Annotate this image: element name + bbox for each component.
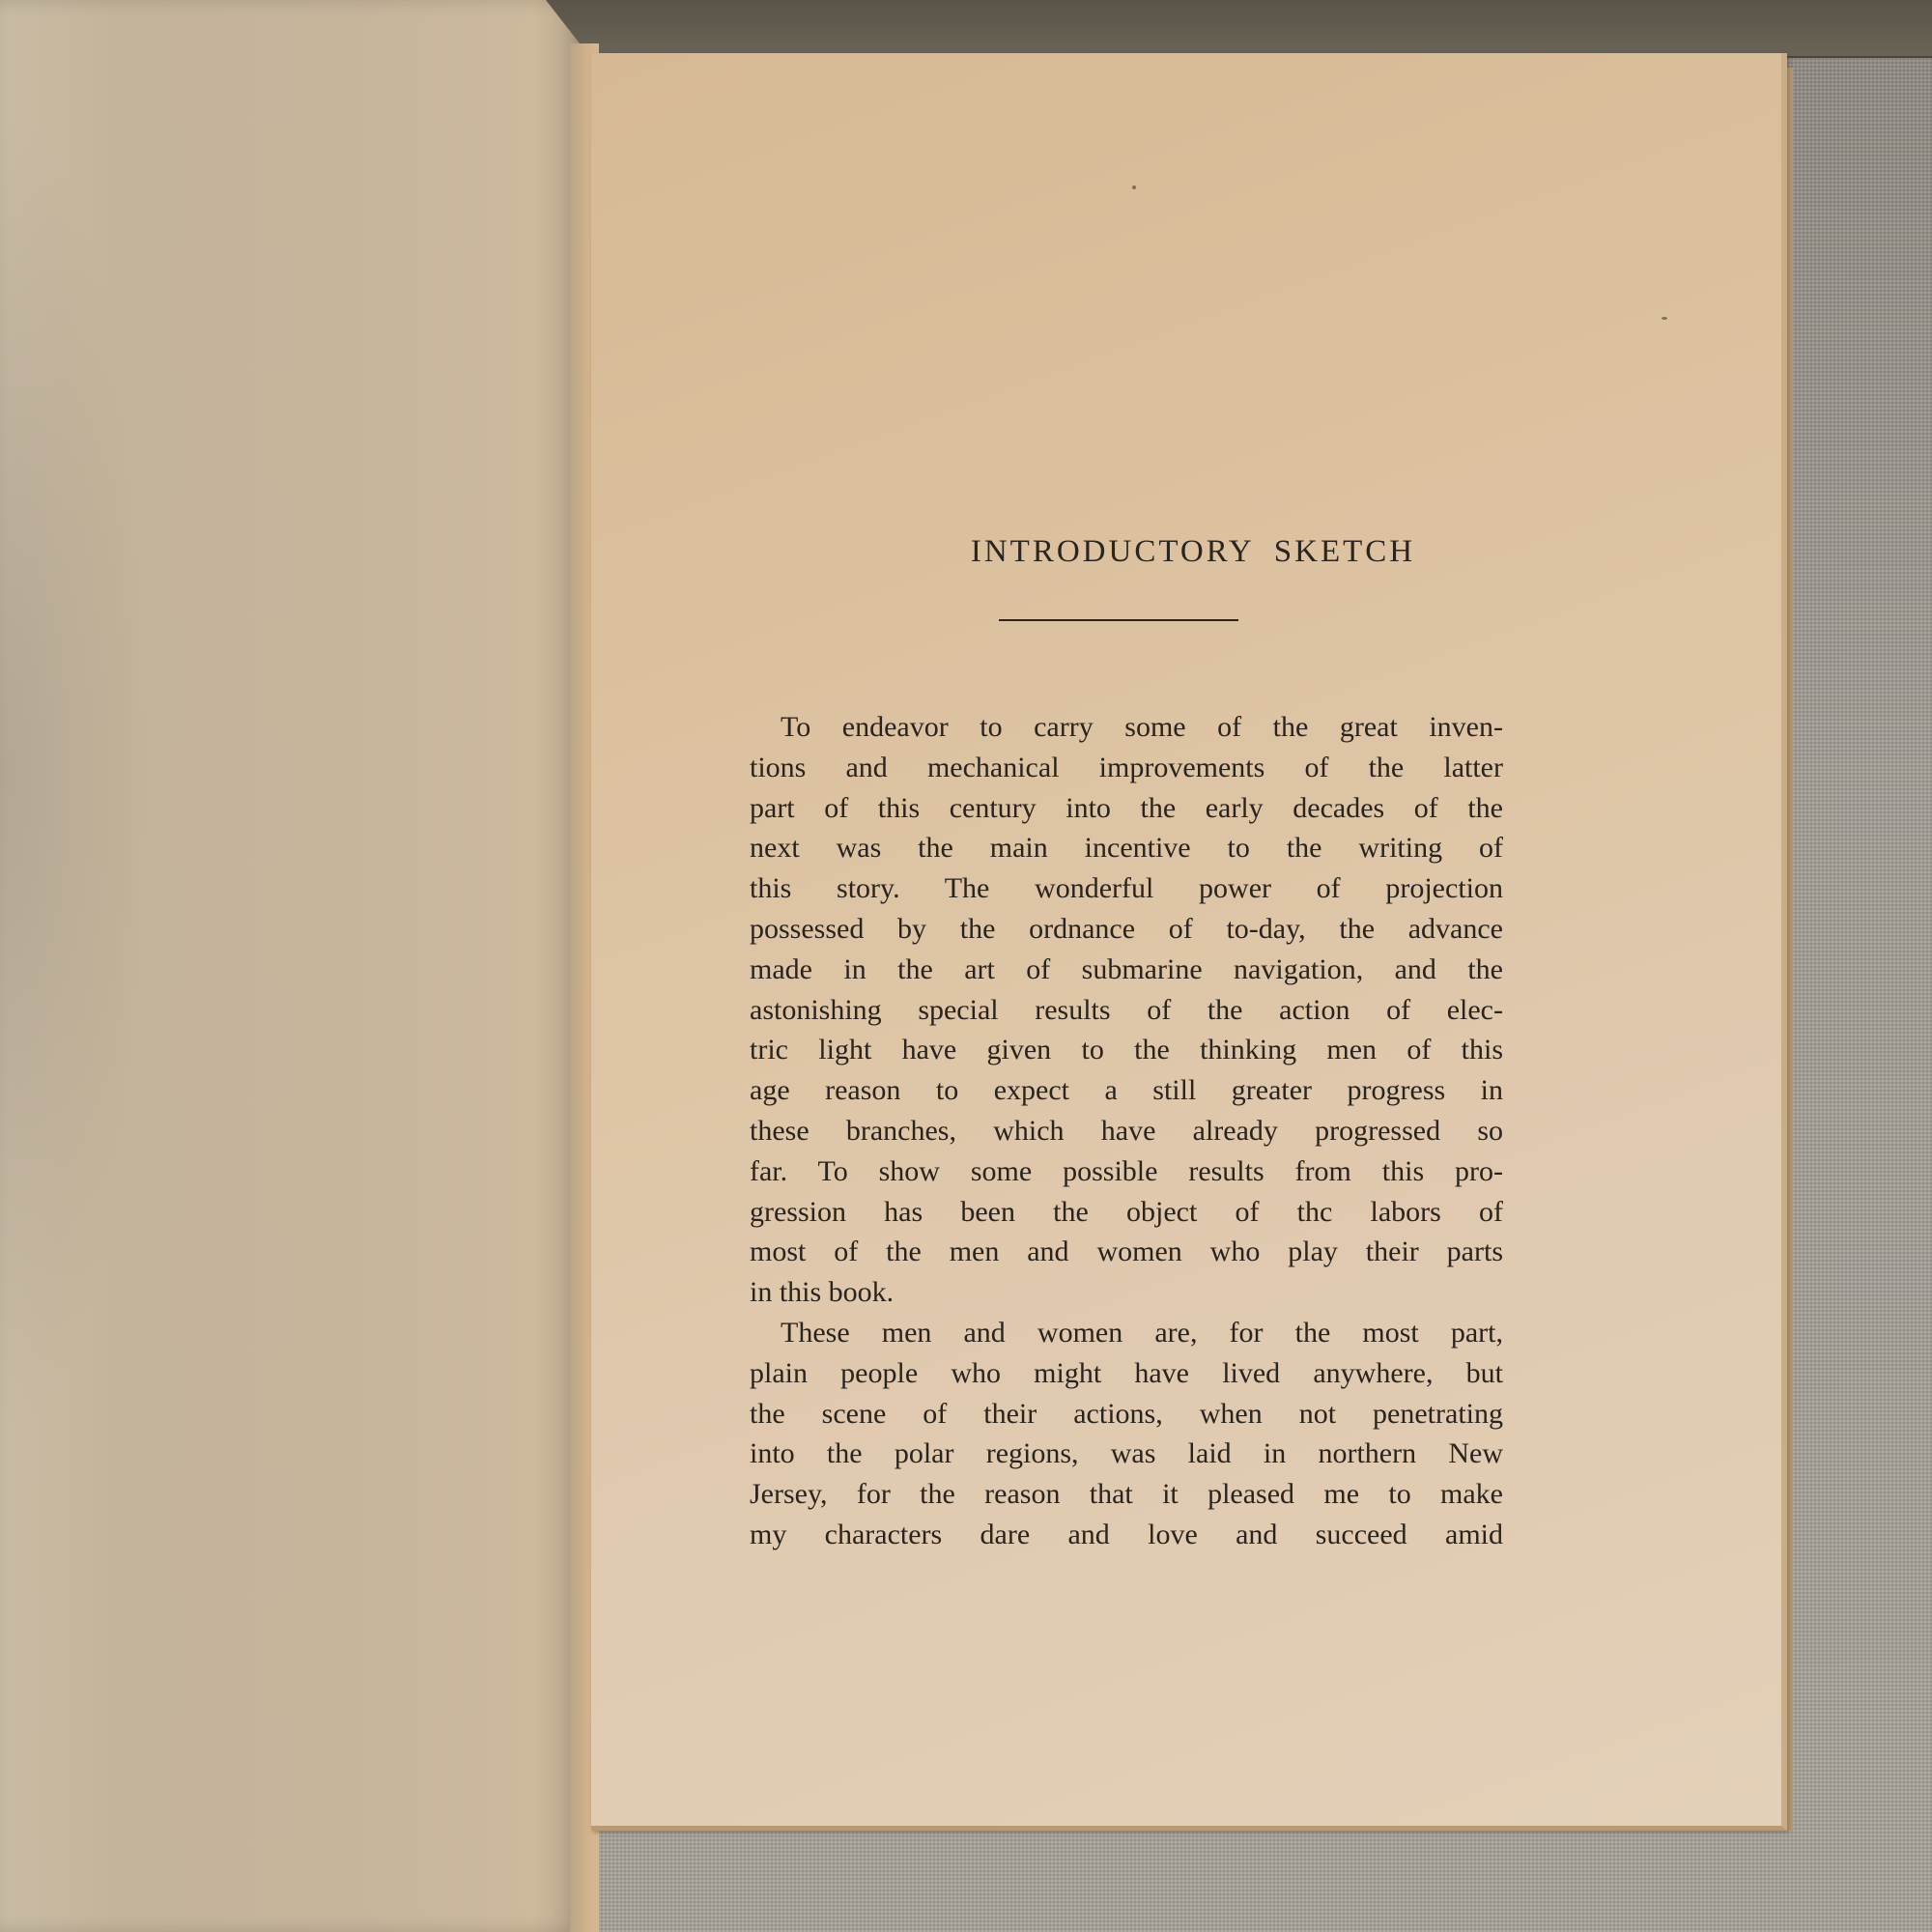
text-line: possessed by the ordnance of to-day, the…	[750, 909, 1503, 950]
text-line: my characters dare and love and succeed …	[750, 1515, 1503, 1555]
text-line: Jersey, for the reason that it pleased m…	[750, 1474, 1503, 1515]
text-line: To endeavor to carry some of the great i…	[750, 707, 1503, 748]
paper-speck	[1662, 317, 1667, 320]
paper-speck	[1132, 185, 1136, 189]
text-line: astonishing special results of the actio…	[750, 990, 1503, 1031]
text-line: far. To show some possible results from …	[750, 1151, 1503, 1192]
left-blank-page	[0, 0, 580, 1932]
text-line: plain people who might have lived anywhe…	[750, 1353, 1503, 1394]
text-line: most of the men and women who play their…	[750, 1232, 1503, 1272]
text-line: These men and women are, for the most pa…	[750, 1313, 1503, 1353]
text-line: tions and mechanical improvements of the…	[750, 748, 1503, 788]
heading-rule	[999, 619, 1238, 621]
text-line: in this book.	[750, 1272, 1503, 1313]
text-line: next was the main incentive to the writi…	[750, 828, 1503, 868]
text-line: the scene of their actions, when not pen…	[750, 1394, 1503, 1435]
page-shadow	[0, 97, 155, 1449]
text-line: into the polar regions, was laid in nort…	[750, 1434, 1503, 1474]
right-text-page: INTRODUCTORY SKETCH To endeavor to carry…	[591, 53, 1787, 1831]
book-cover-edge	[541, 0, 1932, 58]
body-text: To endeavor to carry some of the great i…	[750, 707, 1503, 1555]
text-line: part of this century into the early deca…	[750, 788, 1503, 829]
text-line: made in the art of submarine navigation,…	[750, 950, 1503, 990]
chapter-heading: INTRODUCTORY SKETCH	[591, 534, 1781, 570]
text-line: tric light have given to the thinking me…	[750, 1030, 1503, 1070]
text-line: age reason to expect a still greater pro…	[750, 1070, 1503, 1111]
text-line: this story. The wonderful power of proje…	[750, 868, 1503, 909]
text-line: these branches, which have already progr…	[750, 1111, 1503, 1151]
text-line: gression has been the object of thc labo…	[750, 1192, 1503, 1233]
